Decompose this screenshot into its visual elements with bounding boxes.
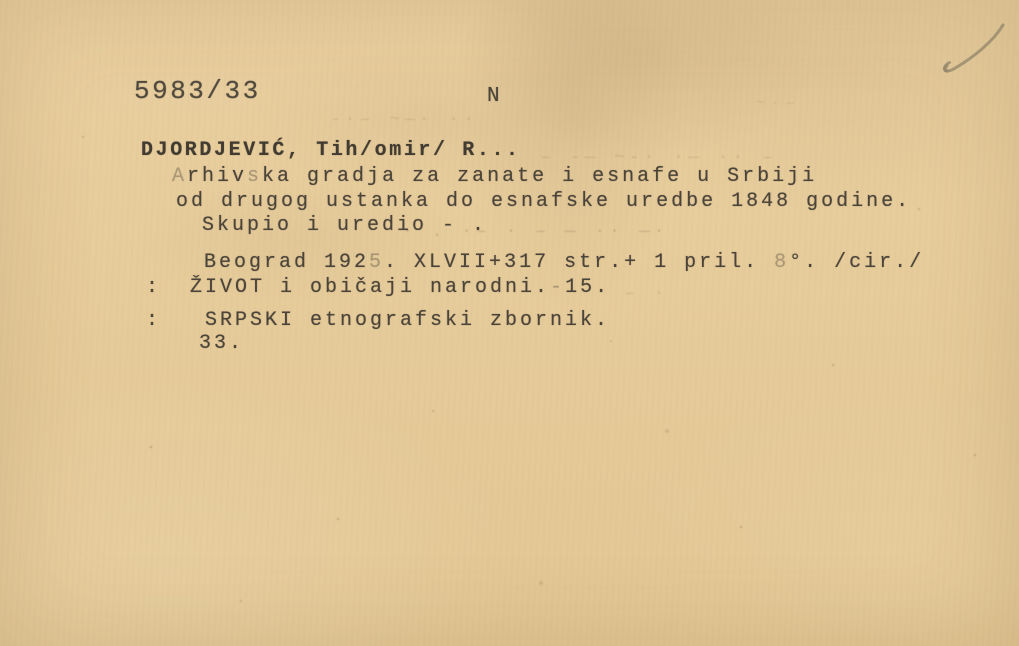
typed-segment: : [146,309,161,332]
series-line-2: SRPSKI etnografski zbornik. [205,310,610,332]
section-letter: N [487,85,501,108]
series-line-1: ŽIVOT i običaji narodni.-15. [190,277,610,299]
typed-segment: - [550,276,565,299]
imprint-line: Beograd 1925. XLVII+317 str.+ 1 pril. 8°… [204,252,924,274]
typed-segment: s [247,165,262,188]
typed-segment: ka gradja za zanate i esnafe u Srbiji [262,165,817,188]
series-volume: 33. [199,333,244,355]
typed-segment: DJORDJEVIĆ, Tih/omir/ R... [141,139,521,162]
typed-segment: . XLVII+317 str.+ 1 pril. [384,251,774,274]
typed-segment: SRPSKI etnografski zbornik. [205,309,610,332]
author-heading: DJORDJEVIĆ, Tih/omir/ R... [141,140,521,162]
faint-mark: -·– ~—· ·· [330,110,478,130]
faint-mark: – · [624,284,668,304]
typed-segment: 8 [774,251,789,274]
faint-mark: ~·– [755,94,799,114]
typed-segment: Beograd 192 [204,251,369,274]
typed-segment: 5 [369,251,384,274]
title-line-1: Arhivska gradja za zanate i esnafe u Srb… [172,166,817,188]
call-number: 5983/33 [134,77,261,106]
catalog-card-scan: 5983/33 N DJORDJEVIĆ, Tih/omir/ R...Arhi… [0,0,1019,646]
typed-segment: od drugog ustanka do esnafske uredbe 184… [176,190,911,213]
typed-segment: 15. [565,276,610,299]
typed-segment: rhiv [187,165,247,188]
typed-segment: ŽIVOT i običaji narodni. [190,276,550,299]
series-colon-1: : [146,277,161,299]
title-line-2: od drugog ustanka do esnafske uredbe 184… [176,191,911,213]
typed-segment: 33. [199,332,244,355]
typed-segment: : [146,276,161,299]
series-colon-2: : [146,310,161,332]
typed-segment: °. /cir./ [789,251,924,274]
typed-segment: A [172,165,187,188]
statement-line: Skupio i uredio - . [202,215,487,237]
typed-segment: Skupio i uredio - . [202,214,487,237]
